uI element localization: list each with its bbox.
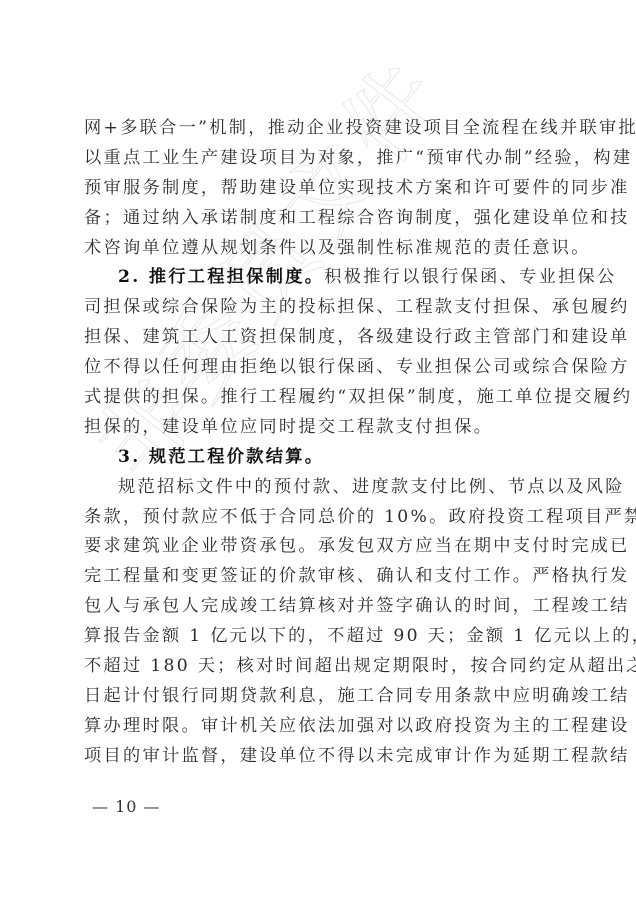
text-line: 日起计付银行同期贷款利息，施工合同专用条款中应明确竣工结 — [84, 682, 564, 712]
text-line: 包人与承包人完成竣工结算核对并签字确认的时间，工程竣工结 — [84, 592, 564, 622]
text-line: 算办理时限。审计机关应依法加强对以政府投资为主的工程建设 — [84, 712, 564, 742]
section-heading-line: 3. 规范工程价款结算。 — [84, 443, 564, 473]
section-heading: 3. 规范工程价款结算。 — [118, 447, 324, 467]
text-line: 担保的，建设单位应同时提交工程款支付担保。 — [84, 413, 564, 443]
section-heading: 2. 推行工程担保制度。 — [118, 267, 324, 287]
document-page: 非委员文件 网+多联合一”机制，推动企业投资建设项目全流程在线并联审批。 以重点… — [0, 0, 636, 900]
text-line: 式提供的担保。推行工程履约“双担保”制度，施工单位提交履约 — [84, 383, 564, 413]
text-line: 担保、建筑工人工资担保制度，各级建设行政主管部门和建设单 — [84, 323, 564, 353]
text-line: 备；通过纳入承诺制度和工程综合咨询制度，强化建设单位和技 — [84, 204, 564, 234]
text-line: 要求建筑业企业带资承包。承发包双方应当在期中支付时完成已 — [84, 532, 564, 562]
text-line: 算报告金额 1 亿元以下的，不超过 90 天；金额 1 亿元以上的， — [84, 622, 564, 652]
section-text: 积极推行以银行保函、专业担保公 — [324, 267, 616, 287]
section-heading-line: 2. 推行工程担保制度。积极推行以银行保函、专业担保公 — [84, 263, 564, 293]
text-line: 网+多联合一”机制，推动企业投资建设项目全流程在线并联审批。 — [84, 114, 564, 144]
text-line: 不超过 180 天；核对时间超出规定期限时，按合同约定从超出之 — [84, 652, 564, 682]
text-line: 预审服务制度，帮助建设单位实现技术方案和许可要件的同步准 — [84, 174, 564, 204]
text-line: 规范招标文件中的预付款、进度款支付比例、节点以及风险 — [84, 473, 564, 503]
body-text: 网+多联合一”机制，推动企业投资建设项目全流程在线并联审批。 以重点工业生产建设… — [84, 114, 564, 772]
text-line: 司担保或综合保险为主的投标担保、工程款支付担保、承包履约 — [84, 293, 564, 323]
text-line: 以重点工业生产建设项目为对象，推广“预审代办制”经验，构建 — [84, 144, 564, 174]
page-number: — 10 — — [92, 795, 161, 819]
text-line: 完工程量和变更签证的价款审核、确认和支付工作。严格执行发 — [84, 562, 564, 592]
text-line: 术咨询单位遵从规划条件以及强制性标准规范的责任意识。 — [84, 234, 564, 264]
text-line: 条款，预付款应不低于合同总价的 10%。政府投资工程项目严禁 — [84, 503, 564, 533]
text-line: 项目的审计监督，建设单位不得以未完成审计作为延期工程款结 — [84, 742, 564, 772]
text-line: 位不得以任何理由拒绝以银行保函、专业担保公司或综合保险方 — [84, 353, 564, 383]
